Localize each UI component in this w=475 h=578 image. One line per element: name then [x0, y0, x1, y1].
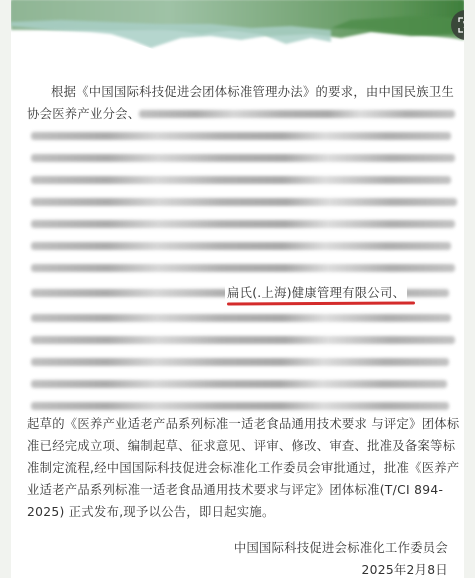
intro-line-1: 根据《中国国际科技促进会团体标准管理办法》的要求，由中国民族卫生: [27, 81, 457, 103]
intro-line-2: 协会医养产业分会、: [27, 103, 457, 125]
highlighted-company: 扁氏(.上海)健康管理有限公司、: [225, 283, 407, 301]
signature-organization: 中国国际科技促进会标准化工作委员会: [234, 538, 448, 556]
intro-prefix-text: 协会医养产业分会、: [27, 107, 140, 121]
body-line: 准已经完成立项、编制起草、征求意见、评审、修改、审查、批准及备案等标: [27, 435, 457, 457]
body-line: 准制定流程,经中国国际科技促进会标准化工作委员会审批通过，批准《医养产: [27, 457, 457, 479]
intro-paragraph: 根据《中国国际科技促进会团体标准管理办法》的要求，由中国民族卫生 协会医养产业分…: [27, 81, 457, 125]
red-underline: [227, 302, 415, 306]
body-line: 2025) 正式发布,现予以公告，即日起实施。: [27, 501, 457, 523]
watercolor-banner: [11, 0, 464, 56]
body-paragraph: 起草的《医养产业适老产品系列标准一适老食品通用技术要求 与评定》团体标 准已经完…: [27, 413, 457, 523]
document-card: 根据《中国国际科技促进会团体标准管理办法》的要求，由中国民族卫生 协会医养产业分…: [11, 0, 464, 578]
signature-date: 2025年2月8日: [361, 560, 448, 578]
redacted-text: [139, 110, 455, 118]
intro-text: 根据《中国国际科技促进会团体标准管理办法》的要求，由中国民族卫生: [51, 85, 454, 99]
translate-icon: [458, 17, 464, 33]
body-line: 业适老产品系列标准一适老食品通用技术要求与评定》团体标准(T/CI 894-: [27, 479, 457, 501]
body-line: 起草的《医养产业适老产品系列标准一适老食品通用技术要求 与评定》团体标: [27, 413, 457, 435]
